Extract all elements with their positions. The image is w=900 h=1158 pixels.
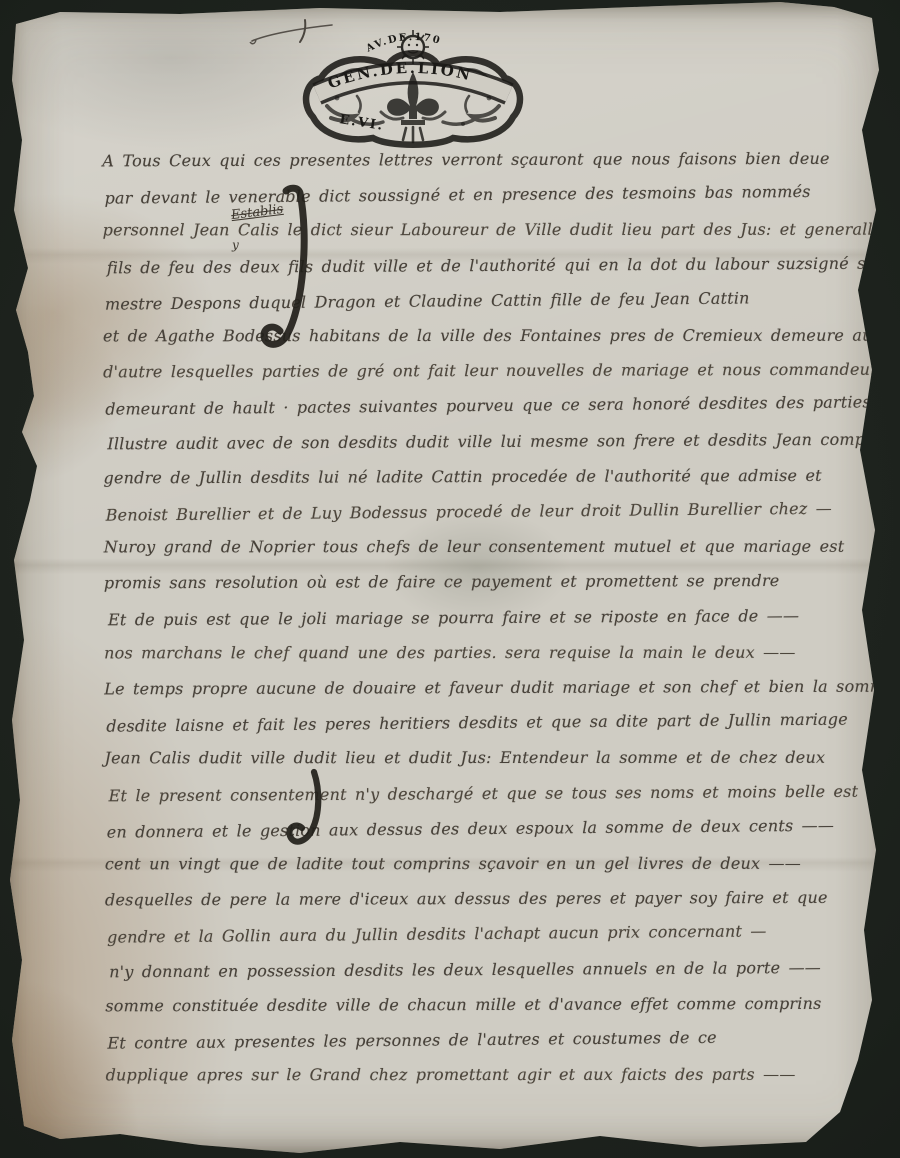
manuscript-line: Le temps propre aucune de douaire et fav… xyxy=(104,669,868,707)
manuscript-line: demeurant de hault · pactes suivantes po… xyxy=(105,385,869,428)
manuscript-line: et de Agathe Bodessus habitans de la vil… xyxy=(103,318,867,354)
tax-stamp: GEN.DE.LION AV.DE.170 E.VI. xyxy=(293,20,533,150)
stamp-denomination-text: E.VI. xyxy=(338,112,385,134)
manuscript-line: par devant le venerable dict soussigné e… xyxy=(104,174,868,217)
manuscript-line: fils de feu des deux fils dudit ville et… xyxy=(107,245,871,285)
manuscript-line: Et de puis est que le joli mariage se po… xyxy=(108,597,872,637)
manuscript-line: Nuroy grand de Noprier tous chefs de leu… xyxy=(104,529,868,565)
pen-flourish-lower xyxy=(282,766,348,866)
manuscript-line: gendre de Jullin desdits lui né ladite C… xyxy=(103,457,867,495)
manuscript-line: personnel Jean Calis le dict sieur Labou… xyxy=(103,212,867,248)
manuscript-lines: A Tous Ceux qui ces presentes lettres ve… xyxy=(102,141,869,1094)
manuscript-line: cent un vingt que de ladite tout comprin… xyxy=(105,846,869,882)
manuscript-line: d'autre lesquelles parties de gré ont fa… xyxy=(103,352,867,390)
manuscript-line: Benoist Burellier et de Luy Bodessus pro… xyxy=(105,490,869,533)
manuscript-line: Et le present consentement n'y deschargé… xyxy=(109,773,873,813)
pen-flourish-upper xyxy=(256,183,326,363)
manuscript-line: Illustre audit avec de son desdits dudit… xyxy=(107,421,871,461)
manuscript-line: somme constituée desdite ville de chacun… xyxy=(105,986,869,1024)
manuscript-line: promis sans resolution où est de faire c… xyxy=(104,563,868,601)
manuscript-line: mestre Despons duquel Dragon et Claudine… xyxy=(105,279,869,322)
manuscript-line: gendre et la Gollin aura du Jullin desdi… xyxy=(107,913,871,956)
manuscript-line: dupplique apres sur le Grand chez promet… xyxy=(106,1057,870,1093)
manuscript-line: en donnera et le gestion aux dessus des … xyxy=(107,807,871,850)
manuscript-line: Et contre aux presentes les personnes de… xyxy=(107,1018,871,1061)
document-photo: GEN.DE.LION AV.DE.170 E.VI. A Tous Ceux … xyxy=(0,0,900,1158)
manuscript-line: A Tous Ceux qui ces presentes lettres ve… xyxy=(102,141,866,179)
manuscript-line: nos marchans le chef quand une des parti… xyxy=(104,635,868,671)
manuscript-line: n'y donnant en possession desdits les de… xyxy=(109,949,873,989)
manuscript-paper: GEN.DE.LION AV.DE.170 E.VI. A Tous Ceux … xyxy=(0,0,900,1158)
manuscript-line: desquelles de pere la mere d'iceux aux d… xyxy=(105,880,869,918)
manuscript-line: desdite laisne et fait les peres heritie… xyxy=(106,702,870,745)
insertion-caret-mark: y xyxy=(232,238,239,252)
manuscript-line: Jean Calis dudit ville dudit lieu et dud… xyxy=(104,740,868,776)
